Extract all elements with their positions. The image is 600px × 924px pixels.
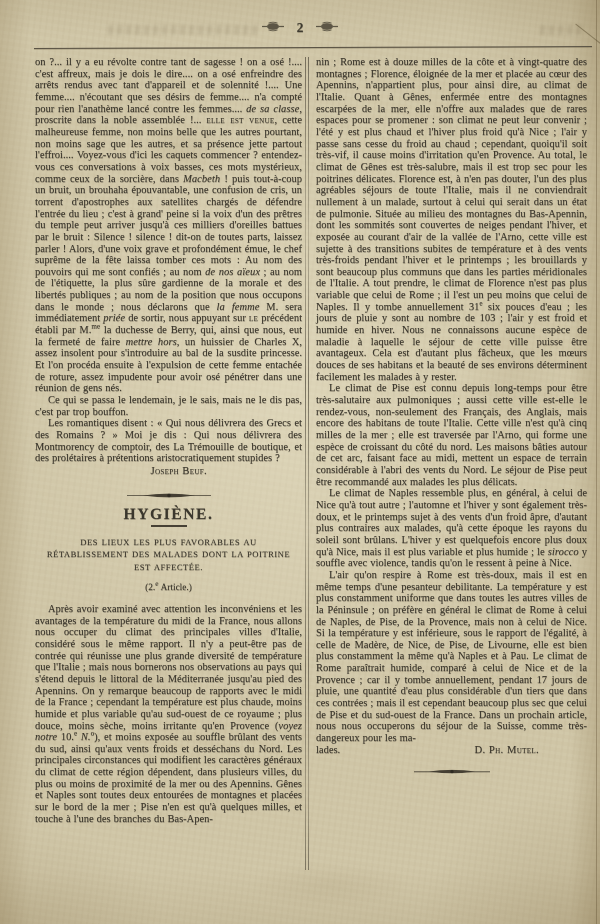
page-number: 2 bbox=[297, 20, 304, 36]
paragraph: Après avoir examiné avec attention les i… bbox=[35, 604, 302, 825]
author-signature: D. Ph. Mutel. bbox=[475, 745, 588, 757]
fleuron-icon bbox=[316, 19, 338, 37]
newspaper-page: 2 on ?... il y a eu révolte contre tant … bbox=[0, 0, 600, 924]
paragraph: Le climat de Pise est connu depuis long-… bbox=[316, 383, 587, 488]
paragraph: Le climat de Naples ressemble plus, en g… bbox=[316, 488, 587, 570]
article-number-note: (2.e Article.) bbox=[35, 582, 302, 594]
right-column: nin ; Rome est à douze milles de la côte… bbox=[316, 57, 587, 776]
author-signature: Joseph Beuf. bbox=[35, 466, 302, 478]
paper-stain bbox=[250, 860, 410, 910]
page-edge bbox=[596, 0, 598, 924]
paragraph: L'air qu'on respire à Rome est très-doux… bbox=[316, 570, 587, 745]
left-column: on ?... il y a eu révolte contre tant de… bbox=[35, 57, 302, 825]
paragraph: Ce qui se passa le lendemain, je le sais… bbox=[35, 395, 302, 418]
column-rule bbox=[305, 57, 309, 870]
paragraph: nin ; Rome est à douze milles de la côte… bbox=[316, 57, 587, 383]
section-subtitle: DES LIEUX LES PLUS FAVORABLES AU RÉTABLI… bbox=[43, 536, 295, 574]
paragraph: on ?... il y a eu révolte contre tant de… bbox=[35, 57, 302, 395]
paragraph-last-line: lades. D. Ph. Mutel. bbox=[316, 745, 587, 757]
header-rule bbox=[34, 46, 592, 49]
divider-ornament bbox=[35, 491, 302, 500]
fleuron-icon bbox=[262, 19, 284, 37]
section-title: HYGIÈNE. bbox=[35, 509, 302, 521]
bleedthrough-smudge bbox=[540, 25, 583, 35]
title-rule bbox=[151, 525, 187, 527]
bleedthrough-smudge bbox=[108, 25, 261, 35]
paragraph-end: lades. bbox=[316, 745, 340, 757]
page-header: 2 bbox=[0, 19, 600, 37]
divider-ornament bbox=[316, 767, 587, 776]
paragraph: Les romantiques disent : « Qui nous déli… bbox=[35, 418, 302, 465]
